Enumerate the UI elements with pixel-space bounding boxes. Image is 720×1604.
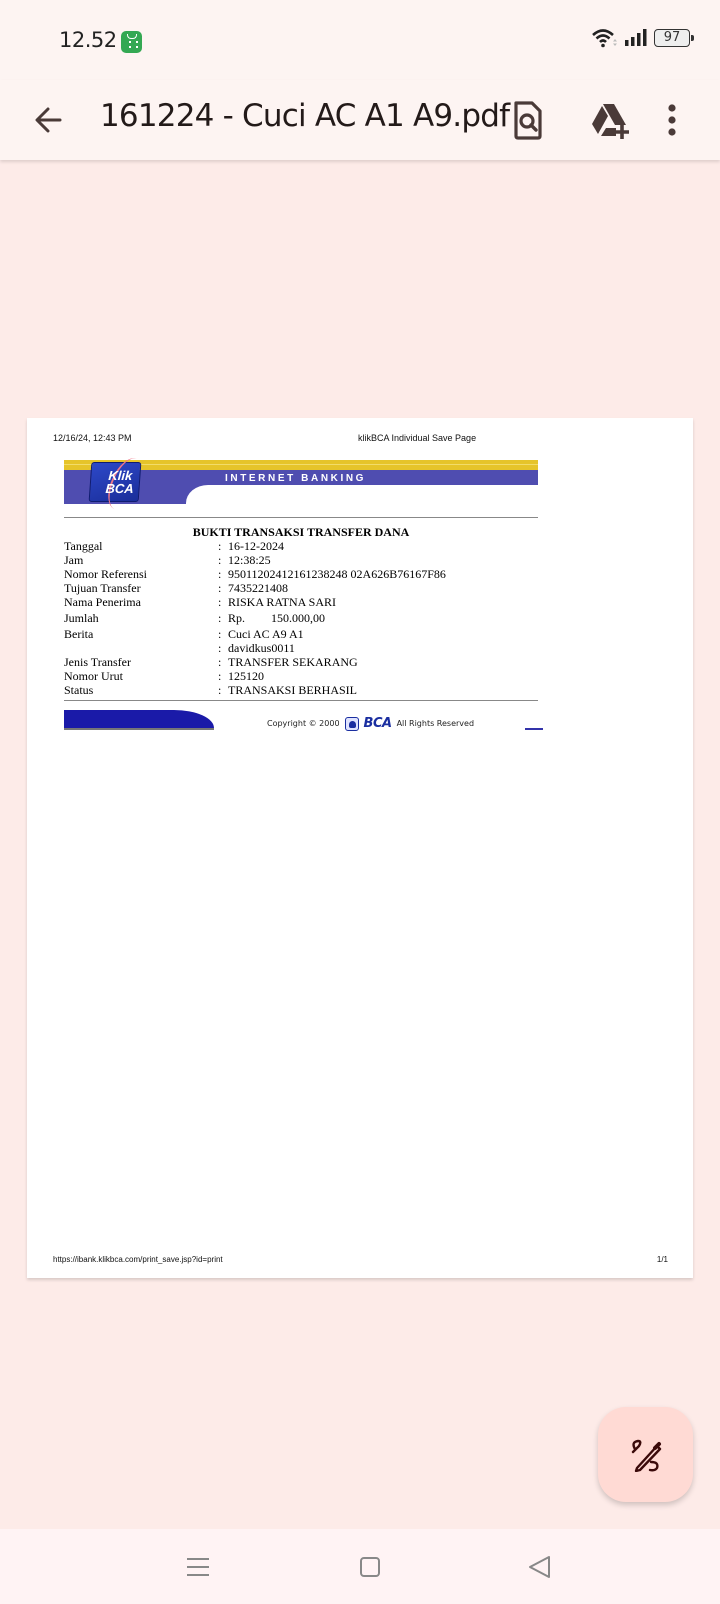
footer-underline [525, 728, 543, 730]
home-square-icon[interactable] [352, 1549, 388, 1585]
field-label: Jumlah [64, 611, 214, 626]
recents-menu-icon[interactable] [180, 1549, 216, 1585]
footer-blue-bar [64, 710, 214, 730]
field-value: RISKA RATNA SARI [228, 595, 336, 610]
print-header-date: 12/16/24, 12:43 PM [53, 433, 132, 443]
currency: Rp. [228, 611, 245, 625]
status-indicators: 97 [592, 28, 690, 48]
copyright-text: Copyright © 2000 [267, 719, 340, 728]
document-title: 161224 - Cuci AC A1 A9.pdf [100, 98, 509, 134]
field-value: Rp.150.000,00 [228, 611, 325, 626]
field-value: 125120 [228, 669, 264, 684]
field-label: Nama Penerima [64, 595, 214, 610]
rights-text: All Rights Reserved [397, 719, 474, 728]
receipt-title: BUKTI TRANSAKSI TRANSFER DANA [64, 525, 538, 540]
banner-white-curve [186, 485, 546, 507]
field-value: TRANSFER SEKARANG [228, 655, 358, 670]
print-header-title: klikBCA Individual Save Page [358, 433, 476, 443]
logo-bca-text: BCA [105, 481, 134, 496]
print-footer-url: https://ibank.klikbca.com/print_save.jsp… [53, 1255, 223, 1264]
field-value: 95011202412161238248 02A626B76167F86 [228, 567, 446, 582]
amount: 150.000,00 [271, 611, 325, 626]
field-label: Jenis Transfer [64, 655, 214, 670]
klikbca-logo: Klik BCA [89, 462, 142, 502]
field-label: Nomor Referensi [64, 567, 214, 582]
bca-logo-icon [345, 717, 359, 731]
field-value: 12:38:25 [228, 553, 271, 568]
annotate-fab-button[interactable] [598, 1407, 693, 1502]
field-label: Berita [64, 627, 214, 642]
field-label: Nomor Urut [64, 669, 214, 684]
print-footer-page: 1/1 [657, 1255, 668, 1264]
wifi-icon [592, 28, 618, 48]
annotate-pen-icon [629, 1438, 663, 1472]
arrow-back-icon[interactable] [30, 100, 70, 140]
battery-indicator: 97 [654, 29, 690, 47]
system-navigation-bar [0, 1529, 720, 1604]
back-triangle-icon[interactable] [522, 1549, 558, 1585]
field-label: Tujuan Transfer [64, 581, 214, 596]
field-value: davidkus0011 [228, 641, 295, 656]
field-value: 16-12-2024 [228, 539, 284, 554]
document-search-icon[interactable] [506, 98, 550, 142]
copyright-notice: Copyright © 2000 BCA All Rights Reserved [267, 716, 474, 731]
field-label: Jam [64, 553, 214, 568]
cellular-signal-icon [624, 29, 648, 47]
pdf-page[interactable]: 12/16/24, 12:43 PM klikBCA Individual Sa… [27, 418, 693, 1278]
field-value: 7435221408 [228, 581, 288, 596]
shopping-bag-app-icon [121, 31, 142, 53]
more-vert-icon[interactable] [660, 98, 684, 142]
drive-add-icon[interactable] [588, 98, 632, 142]
banner-text: INTERNET BANKING [225, 473, 366, 484]
status-bar: 12.52 97 [0, 0, 720, 80]
internet-banking-banner: INTERNET BANKING Klik BCA [64, 460, 538, 504]
field-value: TRANSAKSI BERHASIL [228, 683, 357, 698]
app-toolbar: 161224 - Cuci AC A1 A9.pdf [0, 80, 720, 160]
field-label: Tanggal [64, 539, 214, 554]
divider-bottom [64, 700, 538, 701]
field-label: Status [64, 683, 214, 698]
divider-top [64, 517, 538, 518]
field-value: Cuci AC A9 A1 [228, 627, 304, 642]
bca-brand-text: BCA [364, 716, 392, 731]
status-time: 12.52 [59, 28, 117, 52]
